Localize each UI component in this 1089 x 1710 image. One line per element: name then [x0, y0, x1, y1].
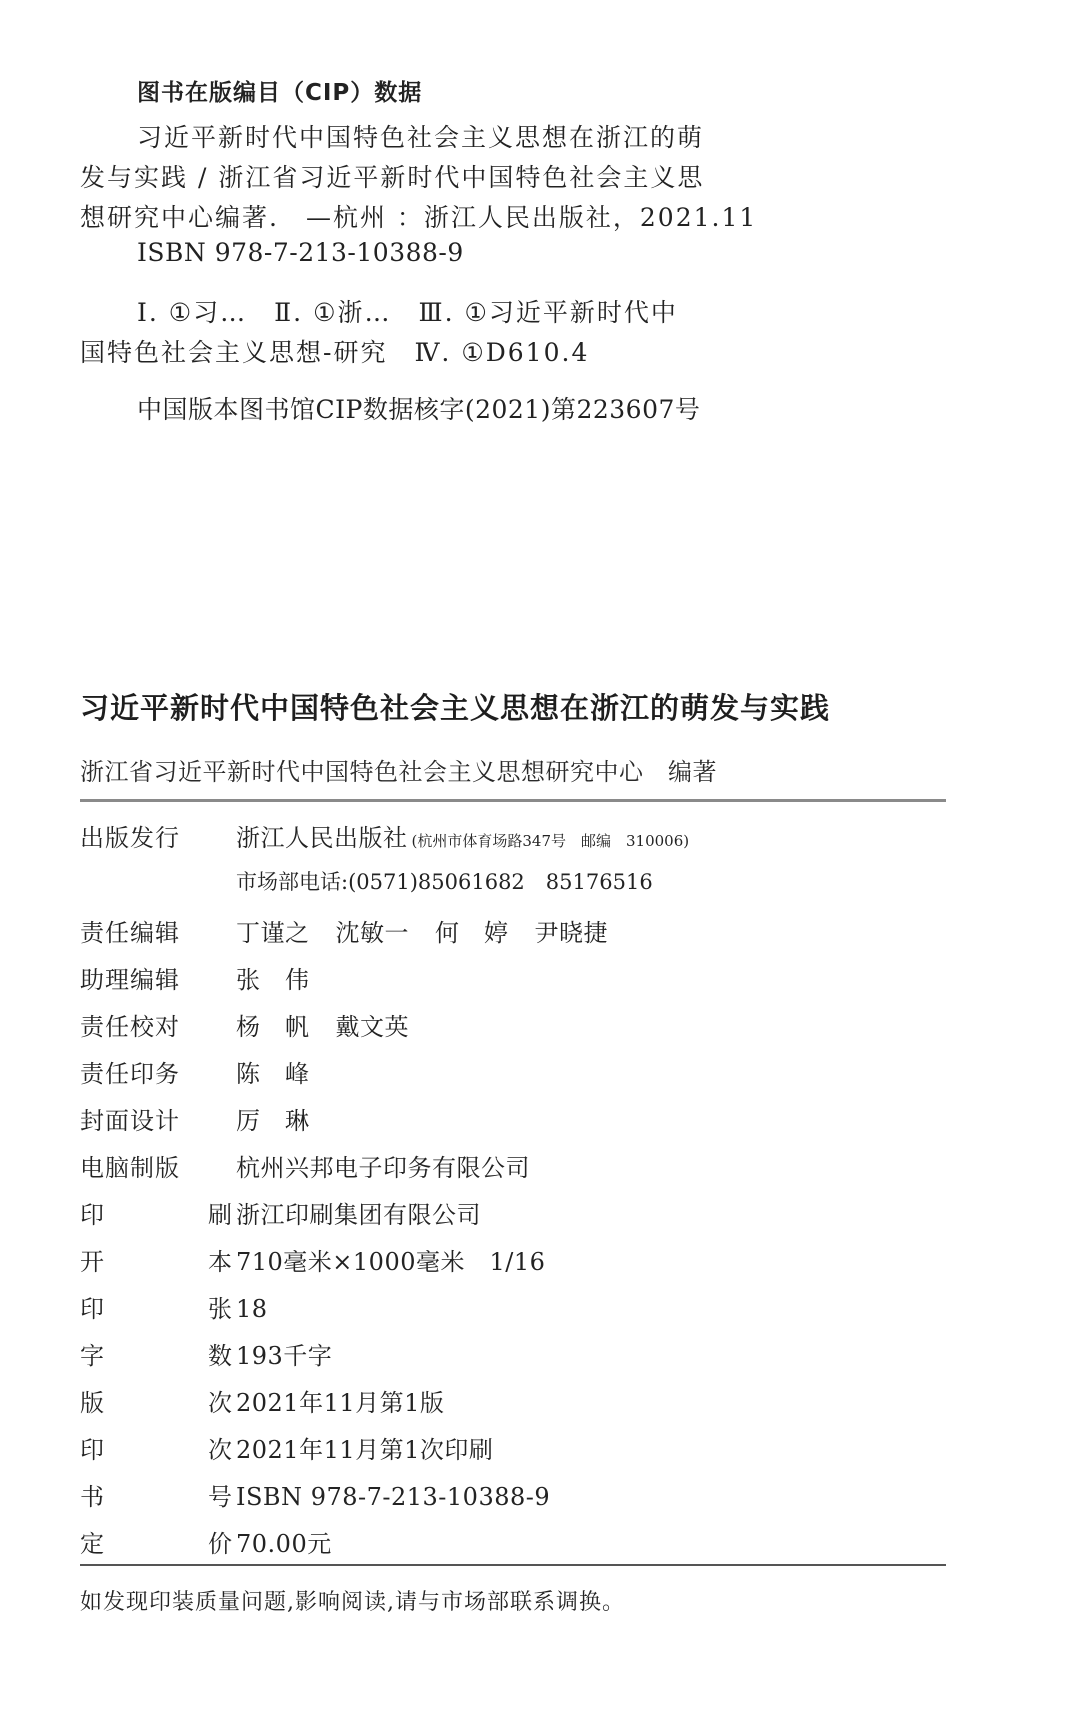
person-name: 戴文英: [336, 1013, 410, 1041]
row-label: 字数: [80, 1336, 232, 1371]
colophon-row-cover-design: 封面设计 厉 琳: [80, 1101, 336, 1136]
top-divider: [80, 799, 946, 802]
row-label: 助理编辑: [80, 960, 232, 995]
row-label: 印张: [80, 1289, 232, 1324]
label-char: 价: [208, 1524, 232, 1559]
colophon-row-print-supervisor: 责任印务 陈 峰: [80, 1054, 336, 1089]
label-char: 次: [208, 1430, 232, 1465]
publisher-address: (杭州市体育场路347号 邮编 310006): [412, 832, 690, 850]
row-label: 印刷: [80, 1195, 232, 1230]
label-char: 刷: [208, 1195, 232, 1230]
row-value: 厉 琳: [236, 1101, 336, 1136]
row-value: 2021年11月第1版: [236, 1383, 444, 1418]
colophon-row-sheets: 印张 18: [80, 1289, 268, 1324]
colophon-row-format: 开本 710毫米×1000毫米 1/16: [80, 1242, 545, 1277]
label-char: 号: [208, 1477, 232, 1512]
colophon-row-printing: 印刷 浙江印刷集团有限公司: [80, 1195, 481, 1230]
label-char: 本: [208, 1242, 232, 1277]
row-label: 印次: [80, 1430, 232, 1465]
label-char: 印: [80, 1195, 104, 1230]
row-value: 浙江印刷集团有限公司: [236, 1195, 481, 1230]
row-value: 张 伟: [236, 960, 336, 995]
colophon-row-phone: 市场部电话:(0571)85061682 85176516: [236, 866, 653, 896]
cip-description-line: 发与实践 / 浙江省习近平新时代中国特色社会主义思: [80, 158, 704, 194]
label-char: 次: [208, 1383, 232, 1418]
person-name: 陈 峰: [236, 1060, 310, 1088]
label-char: 印: [80, 1289, 104, 1324]
colophon-row-typesetting: 电脑制版 杭州兴邦电子印务有限公司: [80, 1148, 530, 1183]
row-value: 710毫米×1000毫米 1/16: [236, 1242, 545, 1277]
row-value: 18: [236, 1295, 268, 1323]
colophon-row-edition: 版次 2021年11月第1版: [80, 1383, 444, 1418]
bottom-divider: [80, 1564, 946, 1566]
row-label: 封面设计: [80, 1101, 232, 1136]
person-name: 沈敏一: [336, 919, 410, 947]
row-label: 定价: [80, 1524, 232, 1559]
label-char: 开: [80, 1242, 104, 1277]
person-name: 厉 琳: [236, 1107, 310, 1135]
cip-description-line: 习近平新时代中国特色社会主义思想在浙江的萌: [137, 118, 704, 154]
row-value: 193千字: [236, 1336, 332, 1371]
colophon-row-impression: 印次 2021年11月第1次印刷: [80, 1430, 493, 1465]
publisher-phone: 市场部电话:(0571)85061682 85176516: [236, 866, 653, 896]
row-label: 版次: [80, 1383, 232, 1418]
cip-number: 中国版本图书馆CIP数据核字(2021)第223607号: [137, 390, 700, 426]
row-value: 杨 帆戴文英: [236, 1007, 435, 1042]
row-value: 2021年11月第1次印刷: [236, 1430, 493, 1465]
label-char: 书: [80, 1477, 104, 1512]
person-name: 张 伟: [236, 966, 310, 994]
colophon-row-publisher: 出版发行 浙江人民出版社(杭州市体育场路347号 邮编 310006): [80, 818, 689, 853]
row-label: 出版发行: [80, 818, 232, 853]
book-author: 浙江省习近平新时代中国特色社会主义思想研究中心 编著: [80, 752, 717, 787]
label-char: 张: [208, 1289, 232, 1324]
person-name: 尹晓捷: [535, 919, 609, 947]
row-label: 责任印务: [80, 1054, 232, 1089]
colophon-row-proofreaders: 责任校对 杨 帆戴文英: [80, 1007, 435, 1042]
row-value: 杭州兴邦电子印务有限公司: [236, 1148, 530, 1183]
cip-classification-line: Ⅰ. ①习… Ⅱ. ①浙… Ⅲ. ①习近平新时代中: [137, 293, 678, 329]
person-name: 何 婷: [435, 919, 509, 947]
colophon-row-editors: 责任编辑 丁谨之沈敏一何 婷尹晓捷: [80, 913, 634, 948]
label-char: 版: [80, 1383, 104, 1418]
row-label: 开本: [80, 1242, 232, 1277]
label-char: 印: [80, 1430, 104, 1465]
cip-description-line: 想研究中心编著. —杭州 ：浙江人民出版社，2021.11: [80, 198, 757, 234]
row-value: 陈 峰: [236, 1054, 336, 1089]
row-value: 丁谨之沈敏一何 婷尹晓捷: [236, 913, 634, 948]
colophon-row-isbn: 书号 ISBN 978-7-213-10388-9: [80, 1477, 550, 1512]
quality-notice: 如发现印装质量问题,影响阅读,请与市场部联系调换。: [80, 1585, 625, 1616]
row-label: 电脑制版: [80, 1148, 232, 1183]
book-title: 习近平新时代中国特色社会主义思想在浙江的萌发与实践: [80, 686, 830, 727]
row-label: 书号: [80, 1477, 232, 1512]
person-name: 杨 帆: [236, 1013, 310, 1041]
colophon-row-price: 定价 70.00元: [80, 1524, 332, 1559]
cip-isbn: ISBN 978-7-213-10388-9: [137, 238, 464, 267]
label-char: 数: [208, 1336, 232, 1371]
row-value: ISBN 978-7-213-10388-9: [236, 1483, 550, 1511]
person-name: 丁谨之: [236, 919, 310, 947]
row-value: 70.00元: [236, 1524, 332, 1559]
cip-classification-line: 国特色社会主义思想-研究 Ⅳ. ①D610.4: [80, 333, 589, 369]
row-value: 浙江人民出版社(杭州市体育场路347号 邮编 310006): [236, 818, 689, 853]
label-char: 字: [80, 1336, 104, 1371]
colophon-row-word-count: 字数 193千字: [80, 1336, 332, 1371]
publisher-name: 浙江人民出版社: [236, 824, 408, 852]
row-label: 责任校对: [80, 1007, 232, 1042]
colophon-row-assistant-editor: 助理编辑 张 伟: [80, 960, 336, 995]
label-char: 定: [80, 1524, 104, 1559]
row-label: 责任编辑: [80, 913, 232, 948]
cip-heading: 图书在版编目（CIP）数据: [137, 74, 422, 107]
